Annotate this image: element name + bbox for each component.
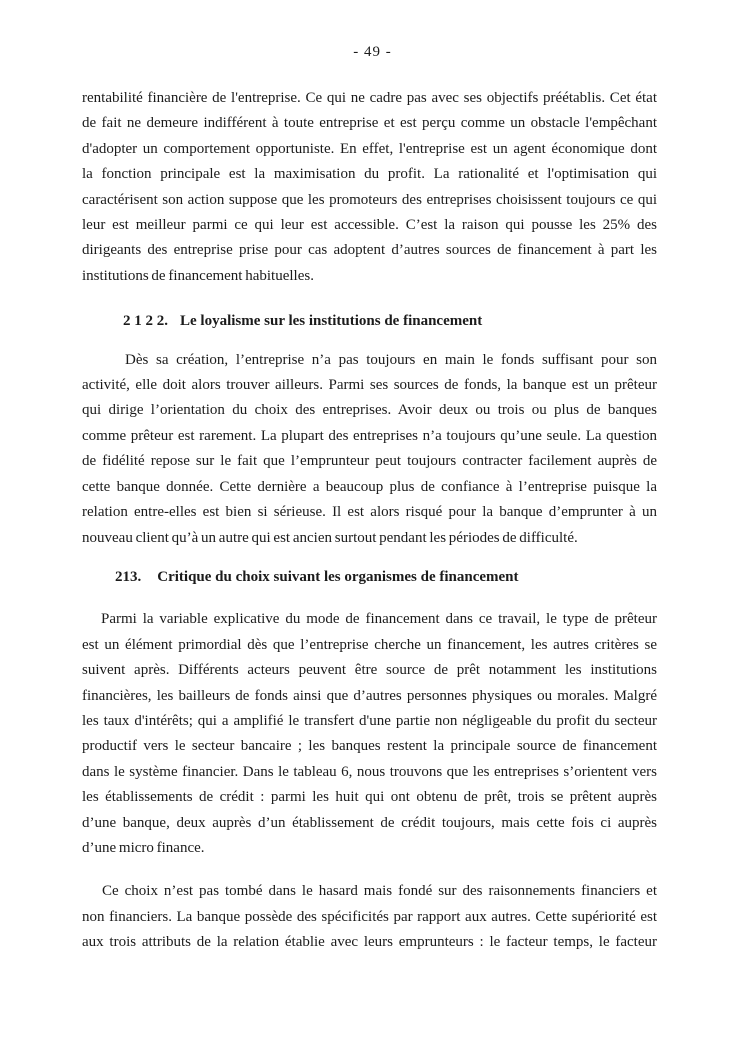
text-line: d'adopter un comportement opportuniste. … xyxy=(82,137,657,162)
heading-number: 213. xyxy=(115,569,141,585)
text-line: financières, les bailleurs de fonds ains… xyxy=(82,684,657,709)
text-line: de fait ne demeure indifférent à toute e… xyxy=(82,111,657,136)
text-line: Ce choix n’est pas tombé dans le hasard … xyxy=(82,879,657,904)
text-line: les taux d'intérêts; qui a amplifié le t… xyxy=(82,709,657,734)
text-line: cette banque donnée. Cette dernière a be… xyxy=(82,475,657,500)
text-line: relation entre-elles est bien si sérieus… xyxy=(82,500,657,525)
document-page: - 49 - rentabilité financière de l'entre… xyxy=(0,0,745,1053)
text-line: non financiers. La banque possède des sp… xyxy=(82,905,657,930)
text-line: caractérisent son action suppose que les… xyxy=(82,188,657,213)
page-body: rentabilité financière de l'entreprise. … xyxy=(82,86,657,956)
text-line: d’une banque, deux auprès d’un établisse… xyxy=(82,811,657,836)
paragraph-3: Parmi la variable explicative du mode de… xyxy=(82,607,657,861)
section-heading-loyalisme: 2 1 2 2.Le loyalisme sur les institution… xyxy=(123,309,657,334)
text-line: suivent après. Différents acteurs peuven… xyxy=(82,658,657,683)
text-line: dans le système financier. Dans le table… xyxy=(82,760,657,785)
section-heading-critique: 213.Critique du choix suivant les organi… xyxy=(115,565,657,590)
text-line: Dès sa création, l’entreprise n’a pas to… xyxy=(82,348,657,373)
text-line: d’une micro finance. xyxy=(82,836,657,861)
text-line: rentabilité financière de l'entreprise. … xyxy=(82,86,657,111)
text-line: de fidélité repose sur le fait que l’emp… xyxy=(82,449,657,474)
text-line: comme prêteur est rarement. La plupart d… xyxy=(82,424,657,449)
text-line: les établissements de crédit : parmi les… xyxy=(82,785,657,810)
text-line: activité, elle doit alors trouver ailleu… xyxy=(82,373,657,398)
text-line: nouveau client qu’à un autre qui est anc… xyxy=(82,526,657,551)
paragraph-2: Dès sa création, l’entreprise n’a pas to… xyxy=(82,348,657,551)
heading-number: 2 1 2 2. xyxy=(123,313,168,329)
text-line: aux trois attributs de la relation établ… xyxy=(82,930,657,955)
text-line: institutions de financement habituelles. xyxy=(82,264,657,289)
heading-text: Le loyalisme sur les institutions de fin… xyxy=(180,313,482,329)
heading-text: Critique du choix suivant les organismes… xyxy=(157,569,518,585)
text-line: leur est meilleur parmi ce qui leur est … xyxy=(82,213,657,238)
text-line: dirigeants des entreprise prise pour cas… xyxy=(82,238,657,263)
text-line: Parmi la variable explicative du mode de… xyxy=(82,607,657,632)
text-line: productif vers le secteur bancaire ; les… xyxy=(82,734,657,759)
text-line: est un élément primordial dès que l’entr… xyxy=(82,633,657,658)
text-line: la fonction principale est la maximisati… xyxy=(82,162,657,187)
paragraph-4: Ce choix n’est pas tombé dans le hasard … xyxy=(82,879,657,955)
page-number: - 49 - xyxy=(0,0,745,60)
paragraph-1: rentabilité financière de l'entreprise. … xyxy=(82,86,657,289)
text-line: qui dirige l’orientation du choix des en… xyxy=(82,398,657,423)
